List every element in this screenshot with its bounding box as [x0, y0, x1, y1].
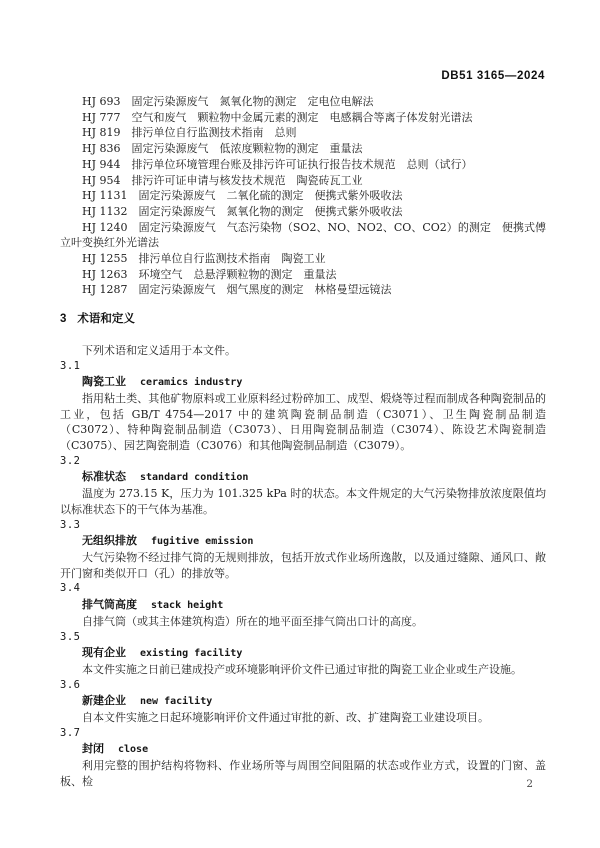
normative-reference-list: HJ 693 固定污染源废气 氮氧化物的测定 定电位电解法 HJ 777 空气和… — [60, 94, 546, 298]
reference-item: HJ 1263 环境空气 总悬浮颗粒物的测定 重量法 — [60, 267, 546, 283]
clause-number: 3.5 — [60, 630, 546, 646]
reference-item: HJ 954 排污许可证申请与核发技术规范 陶瓷砖瓦工业 — [60, 173, 546, 189]
term-name-en: existing facility — [140, 648, 242, 659]
term-definition: 本文件实施之日前已建成投产或环境影响评价文件已通过审批的陶瓷工业企业或生产设施。 — [60, 662, 546, 678]
term-name-en: new facility — [140, 696, 212, 707]
reference-item: HJ 1131 固定污染源废气 二氧化硫的测定 便携式紫外吸收法 — [60, 188, 546, 204]
section-title: 术语和定义 — [77, 313, 135, 325]
term-title: 封闭close — [60, 741, 546, 758]
reference-item: HJ 944 排污单位环境管理台账及排污许可证执行报告技术规范 总则（试行） — [60, 157, 546, 173]
section-heading: 3术语和定义 — [60, 312, 546, 328]
reference-item: HJ 819 排污单位自行监测技术指南 总则 — [60, 125, 546, 141]
page-number: 2 — [526, 778, 533, 790]
term-block-3-2: 3.2 标准状态standard condition 温度为 273.15 K，… — [60, 454, 546, 518]
term-name-zh: 现有企业 — [82, 647, 126, 659]
term-title: 新建企业new facility — [60, 693, 546, 710]
clause-number: 3.1 — [60, 359, 546, 375]
term-definition: 自本文件实施之日起环境影响评价文件通过审批的新、改、扩建陶瓷工业建设项目。 — [60, 710, 546, 726]
clause-number: 3.6 — [60, 678, 546, 694]
standard-number-header: DB51 3165—2024 — [441, 70, 545, 82]
term-definition: 指用粘土类、其他矿物原料或工业原料经过粉碎加工、成型、煅烧等过程而制成各种陶瓷制… — [60, 391, 546, 454]
term-block-3-7: 3.7 封闭close 利用完整的围护结构将物料、作业场所等与周围空间阻隔的状态… — [60, 726, 546, 790]
clause-number: 3.7 — [60, 726, 546, 742]
reference-item: HJ 1287 固定污染源废气 烟气黑度的测定 林格曼望远镜法 — [60, 282, 546, 298]
reference-item: HJ 777 空气和废气 颗粒物中金属元素的测定 电感耦合等离子体发射光谱法 — [60, 110, 546, 126]
reference-item: HJ 1255 排污单位自行监测技术指南 陶瓷工业 — [60, 251, 546, 267]
term-name-zh: 排气筒高度 — [82, 599, 137, 611]
term-title: 排气筒高度stack height — [60, 597, 546, 614]
term-definition: 自排气筒（或其主体建筑构造）所在的地平面至排气筒出口计的高度。 — [60, 614, 546, 630]
term-name-en: fugitive emission — [151, 536, 253, 547]
reference-item: HJ 1132 固定污染源废气 氮氧化物的测定 便携式紫外吸收法 — [60, 204, 546, 220]
section-intro: 下列术语和定义适用于本文件。 — [60, 343, 546, 359]
clause-number: 3.4 — [60, 581, 546, 597]
page-content: HJ 693 固定污染源废气 氮氧化物的测定 定电位电解法 HJ 777 空气和… — [60, 94, 546, 790]
clause-number: 3.3 — [60, 518, 546, 534]
term-block-3-4: 3.4 排气筒高度stack height 自排气筒（或其主体建筑构造）所在的地… — [60, 581, 546, 629]
reference-item: HJ 836 固定污染源废气 低浓度颗粒物的测定 重量法 — [60, 141, 546, 157]
clause-number: 3.2 — [60, 454, 546, 470]
term-name-zh: 封闭 — [82, 743, 104, 755]
term-title: 无组织排放fugitive emission — [60, 533, 546, 550]
term-name-zh: 无组织排放 — [82, 535, 137, 547]
term-definition: 利用完整的围护结构将物料、作业场所等与周围空间阻隔的状态或作业方式，设置的门窗、… — [60, 758, 546, 789]
term-title: 陶瓷工业ceramics industry — [60, 374, 546, 391]
term-name-en: ceramics industry — [140, 377, 242, 388]
term-title: 标准状态standard condition — [60, 469, 546, 486]
term-name-en: standard condition — [140, 472, 248, 483]
term-block-3-6: 3.6 新建企业new facility 自本文件实施之日起环境影响评价文件通过… — [60, 678, 546, 726]
term-title: 现有企业existing facility — [60, 645, 546, 662]
term-definition: 温度为 273.15 K，压力为 101.325 kPa 时的状态。本文件规定的… — [60, 486, 546, 517]
term-name-en: close — [118, 744, 148, 755]
reference-item: HJ 693 固定污染源废气 氮氧化物的测定 定电位电解法 — [60, 94, 546, 110]
term-name-zh: 标准状态 — [82, 471, 126, 483]
term-name-zh: 陶瓷工业 — [82, 376, 126, 388]
term-block-3-5: 3.5 现有企业existing facility 本文件实施之日前已建成投产或… — [60, 630, 546, 678]
term-name-en: stack height — [151, 600, 223, 611]
term-definition: 大气污染物不经过排气筒的无规则排放，包括开放式作业场所逸散，以及通过缝隙、通风口… — [60, 550, 546, 581]
term-block-3-1: 3.1 陶瓷工业ceramics industry 指用粘土类、其他矿物原料或工… — [60, 359, 546, 454]
term-name-zh: 新建企业 — [82, 695, 126, 707]
reference-item: HJ 1240 固定污染源废气 气态污染物（SO2、NO、NO2、CO、CO2）… — [60, 220, 546, 251]
term-block-3-3: 3.3 无组织排放fugitive emission 大气污染物不经过排气筒的无… — [60, 518, 546, 582]
section-number: 3 — [60, 313, 66, 325]
